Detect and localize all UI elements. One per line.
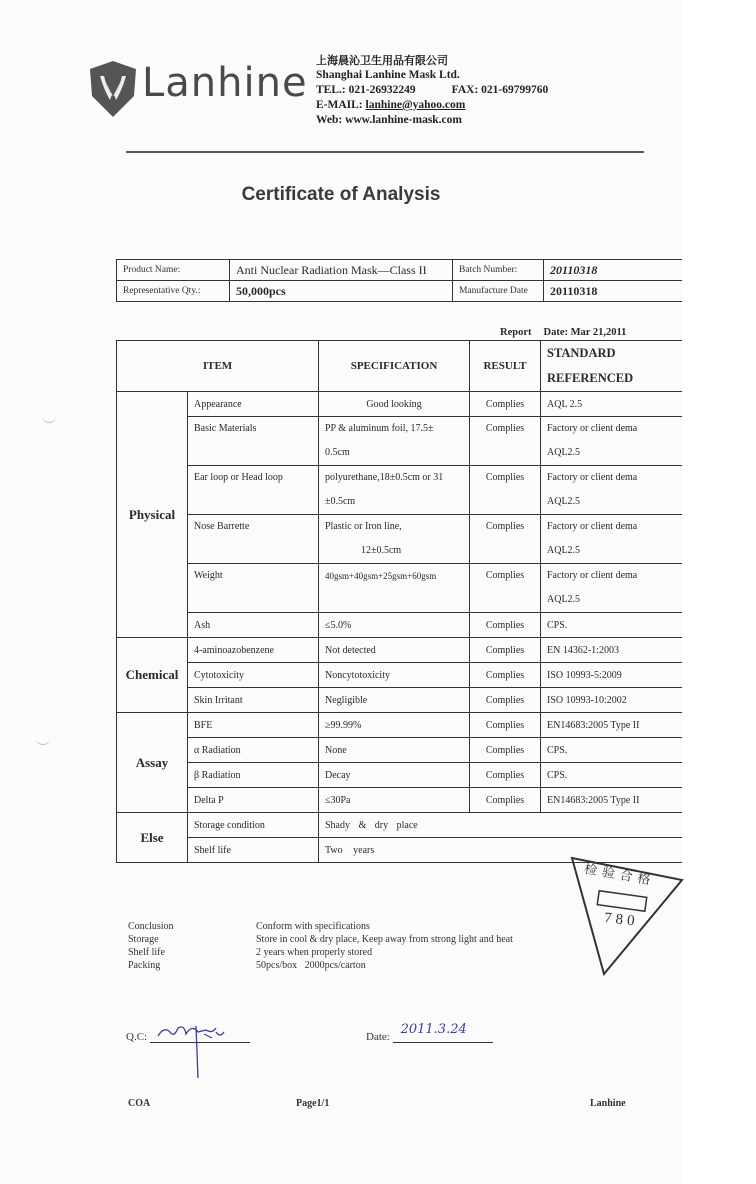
scanned-page: Lanhine 上海晨沁卫生用品有限公司 Shanghai Lanhine Ma… bbox=[0, 0, 682, 1184]
company-name-cn: 上海晨沁卫生用品有限公司 bbox=[316, 53, 548, 68]
row-item: Cytotoxicity bbox=[188, 663, 319, 688]
summary-row: Shelf life2 years when properly stored bbox=[128, 946, 513, 959]
row-standard: ISO 10993-5:2009 bbox=[541, 663, 683, 688]
footer-page-number: Page1/1 bbox=[296, 1098, 329, 1109]
row-result: Complies bbox=[470, 713, 541, 738]
handwritten-date: 2011.3.24 bbox=[401, 1022, 467, 1037]
row-spec: polyurethane,18±0.5cm or 31±0.5cm bbox=[319, 466, 470, 515]
date-signature: Date: 2011.3.24 bbox=[366, 1026, 493, 1043]
row-spec: ≤30Pa bbox=[319, 788, 470, 813]
row-spec: Decay bbox=[319, 763, 470, 788]
qty-value: 50,000pcs bbox=[230, 281, 453, 302]
header-divider bbox=[126, 151, 644, 153]
row-spec: Plastic or Iron line,12±0.5cm bbox=[319, 515, 470, 564]
row-standard: EN 14362-1:2003 bbox=[541, 638, 683, 663]
header-item: ITEM bbox=[117, 341, 319, 392]
row-standard: CPS. bbox=[541, 763, 683, 788]
punch-hole-mark bbox=[36, 736, 50, 745]
row-standard: Factory or client demaAQL2.5 bbox=[541, 515, 683, 564]
row-result: Complies bbox=[470, 738, 541, 763]
table-row: Ear loop or Head loop polyurethane,18±0.… bbox=[117, 466, 683, 515]
report-label: Report bbox=[500, 327, 532, 338]
table-row: Ash ≤5.0% Complies CPS. bbox=[117, 613, 683, 638]
contact-email: E-MAIL: lanhine@yahoo.com bbox=[316, 98, 548, 113]
company-logo: Lanhine bbox=[88, 58, 298, 118]
product-name-value: Anti Nuclear Radiation Mask—Class II bbox=[230, 260, 453, 281]
row-standard: CPS. bbox=[541, 613, 683, 638]
website[interactable]: Web: www.lanhine-mask.com bbox=[316, 113, 548, 128]
table-row: Basic Materials PP & aluminum foil, 17.5… bbox=[117, 417, 683, 466]
row-result: Complies bbox=[470, 392, 541, 417]
row-result: Complies bbox=[470, 663, 541, 688]
row-item: Ash bbox=[188, 613, 319, 638]
row-standard: EN14683:2005 Type II bbox=[541, 713, 683, 738]
row-item: β Radiation bbox=[188, 763, 319, 788]
row-item: BFE bbox=[188, 713, 319, 738]
stamp-number: 780 bbox=[603, 910, 639, 931]
row-item: Weight bbox=[188, 564, 319, 613]
inspection-passed-stamp: 检验合格 780 bbox=[568, 850, 686, 980]
row-spec: Negligible bbox=[319, 688, 470, 713]
table-row: Weight 40gsm+40gsm+25gsm+60gsm Complies … bbox=[117, 564, 683, 613]
category-chemical: Chemical bbox=[117, 638, 188, 713]
handwritten-signature bbox=[150, 1020, 250, 1080]
document-title: Certificate of Analysis bbox=[0, 184, 682, 206]
row-spec: ≥99.99% bbox=[319, 713, 470, 738]
row-item: α Radiation bbox=[188, 738, 319, 763]
manufacture-date-value: 20110318 bbox=[544, 281, 683, 302]
qc-signature-line bbox=[150, 1026, 250, 1043]
category-else: Else bbox=[117, 813, 188, 863]
summary-row: ConclusionConform with specifications bbox=[128, 920, 513, 933]
row-result: Complies bbox=[470, 638, 541, 663]
table-row: Delta P ≤30Pa Complies EN14683:2005 Type… bbox=[117, 788, 683, 813]
row-spec: Not detected bbox=[319, 638, 470, 663]
header-standard: STANDARDREFERENCED bbox=[541, 341, 683, 392]
category-physical: Physical bbox=[117, 392, 188, 638]
row-spec: Good looking bbox=[319, 392, 470, 417]
row-result: Complies bbox=[470, 466, 541, 515]
table-row: α Radiation None Complies CPS. bbox=[117, 738, 683, 763]
table-row: Physical Appearance Good looking Complie… bbox=[117, 392, 683, 417]
table-header-row: ITEM SPECIFICATION RESULT STANDARDREFERE… bbox=[117, 341, 683, 392]
row-item: Storage condition bbox=[188, 813, 319, 838]
table-row: Else Storage condition Shady & dry place bbox=[117, 813, 683, 838]
table-row: Skin Irritant Negligible Complies ISO 10… bbox=[117, 688, 683, 713]
row-item: Ear loop or Head loop bbox=[188, 466, 319, 515]
row-item: Shelf life bbox=[188, 838, 319, 863]
row-result: Complies bbox=[470, 688, 541, 713]
row-standard: EN14683:2005 Type II bbox=[541, 788, 683, 813]
company-info: 上海晨沁卫生用品有限公司 Shanghai Lanhine Mask Ltd. … bbox=[316, 53, 548, 128]
product-info-table: Product Name: Anti Nuclear Radiation Mas… bbox=[116, 259, 682, 302]
row-spec: ≤5.0% bbox=[319, 613, 470, 638]
row-spec: 40gsm+40gsm+25gsm+60gsm bbox=[319, 564, 470, 613]
qty-label: Representative Qty.: bbox=[117, 281, 230, 302]
date-label: Date: bbox=[366, 1031, 390, 1043]
row-item: Skin Irritant bbox=[188, 688, 319, 713]
row-standard: ISO 10993-10:2002 bbox=[541, 688, 683, 713]
row-item: Delta P bbox=[188, 788, 319, 813]
tel: TEL.: 021-26932249 bbox=[316, 84, 416, 96]
row-spec: Noncytotoxicity bbox=[319, 663, 470, 688]
row-result: Complies bbox=[470, 613, 541, 638]
email-link[interactable]: lanhine@yahoo.com bbox=[366, 99, 466, 111]
table-row: Representative Qty.: 50,000pcs Manufactu… bbox=[117, 281, 683, 302]
punch-hole-mark bbox=[42, 414, 56, 423]
product-name-label: Product Name: bbox=[117, 260, 230, 281]
qc-signature: Q.C: bbox=[126, 1026, 250, 1043]
table-row: Product Name: Anti Nuclear Radiation Mas… bbox=[117, 260, 683, 281]
row-spec: PP & aluminum foil, 17.5±0.5cm bbox=[319, 417, 470, 466]
row-result: Complies bbox=[470, 417, 541, 466]
row-spec: None bbox=[319, 738, 470, 763]
fax: FAX: 021-69799760 bbox=[452, 84, 549, 96]
batch-number-value: 20110318 bbox=[544, 260, 683, 281]
row-result: Complies bbox=[470, 788, 541, 813]
summary-row: Packing50pcs/box 2000pcs/carton bbox=[128, 959, 513, 972]
table-row: Nose Barrette Plastic or Iron line,12±0.… bbox=[117, 515, 683, 564]
email-label: E-MAIL: bbox=[316, 99, 363, 111]
shield-logo-icon bbox=[88, 60, 138, 118]
row-standard: Factory or client demaAQL2.5 bbox=[541, 564, 683, 613]
row-spec: Shady & dry place bbox=[319, 813, 683, 838]
footer-company: Lanhine bbox=[590, 1098, 626, 1109]
category-assay: Assay bbox=[117, 713, 188, 813]
report-date: ReportDate: Mar 21,2011 bbox=[500, 327, 626, 338]
summary-section: ConclusionConform with specifications St… bbox=[128, 920, 513, 972]
report-date-value: Date: Mar 21,2011 bbox=[544, 327, 627, 338]
row-standard: Factory or client demaAQL2.5 bbox=[541, 417, 683, 466]
row-result: Complies bbox=[470, 564, 541, 613]
header-specification: SPECIFICATION bbox=[319, 341, 470, 392]
table-row: Chemical 4-aminoazobenzene Not detected … bbox=[117, 638, 683, 663]
analysis-table: ITEM SPECIFICATION RESULT STANDARDREFERE… bbox=[116, 340, 682, 863]
batch-number-label: Batch Number: bbox=[453, 260, 544, 281]
row-item: Nose Barrette bbox=[188, 515, 319, 564]
row-standard: CPS. bbox=[541, 738, 683, 763]
table-row: Assay BFE ≥99.99% Complies EN14683:2005 … bbox=[117, 713, 683, 738]
row-result: Complies bbox=[470, 515, 541, 564]
row-standard: AQL 2.5 bbox=[541, 392, 683, 417]
contact-phone-fax: TEL.: 021-26932249FAX: 021-69799760 bbox=[316, 83, 548, 98]
row-item: Basic Materials bbox=[188, 417, 319, 466]
table-row: Cytotoxicity Noncytotoxicity Complies IS… bbox=[117, 663, 683, 688]
summary-row: StorageStore in cool & dry place, Keep a… bbox=[128, 933, 513, 946]
header-result: RESULT bbox=[470, 341, 541, 392]
row-standard: Factory or client demaAQL2.5 bbox=[541, 466, 683, 515]
table-row: β Radiation Decay Complies CPS. bbox=[117, 763, 683, 788]
date-signature-line: 2011.3.24 bbox=[393, 1026, 493, 1043]
row-item: 4-aminoazobenzene bbox=[188, 638, 319, 663]
row-item: Appearance bbox=[188, 392, 319, 417]
footer-doc-type: COA bbox=[128, 1098, 150, 1109]
brand-name: Lanhine bbox=[142, 60, 308, 106]
qc-label: Q.C: bbox=[126, 1031, 147, 1043]
row-result: Complies bbox=[470, 763, 541, 788]
manufacture-date-label: Manufacture Date bbox=[453, 281, 544, 302]
company-name-en: Shanghai Lanhine Mask Ltd. bbox=[316, 68, 548, 83]
